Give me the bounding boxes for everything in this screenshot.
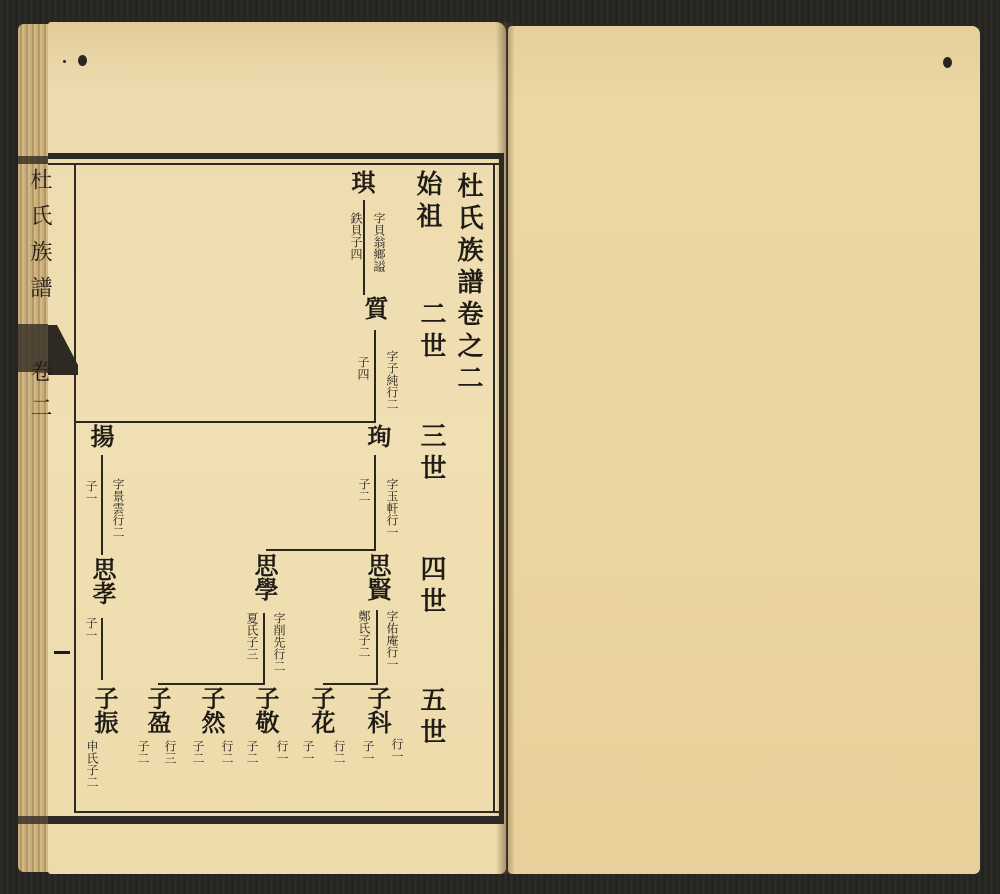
lineage-line	[101, 618, 103, 680]
generation-label: 三世	[418, 422, 444, 486]
edge-volume: 卷二	[24, 360, 55, 432]
lineage-line	[266, 549, 376, 551]
person-note: 字景雲行二	[112, 478, 124, 538]
person-note: 行三	[164, 740, 176, 764]
person-note: 子一	[85, 617, 97, 641]
lineage-line	[263, 613, 265, 685]
frame-border	[493, 165, 495, 813]
lineage-line	[374, 330, 376, 423]
frame-border	[48, 163, 500, 165]
generation-label: 五世	[418, 686, 444, 750]
binding-hole	[943, 57, 952, 68]
person-note: 子一	[85, 480, 97, 504]
person-note: 申氏子二	[86, 740, 98, 788]
person-name: 質	[362, 296, 386, 320]
generation-label: 二世	[418, 300, 444, 364]
frame-border	[499, 159, 504, 821]
person-name: 思學	[252, 553, 276, 601]
right-page-blank	[508, 26, 980, 874]
lineage-line	[374, 455, 376, 550]
person-name: 子敬	[253, 686, 277, 734]
person-name: 子盈	[145, 686, 169, 734]
lineage-line	[376, 610, 378, 685]
person-name: 思孝	[90, 557, 114, 605]
person-note: 行一	[276, 740, 288, 764]
person-note: 字玉軒行一	[386, 478, 398, 538]
lineage-line	[101, 455, 103, 555]
lineage-line	[363, 200, 365, 295]
person-note: 鄭氏子二	[358, 610, 370, 658]
generation-label: 四世	[418, 555, 444, 619]
person-note: 字佑庵行一	[386, 610, 398, 670]
frame-border	[48, 816, 504, 824]
lineage-line	[323, 683, 378, 685]
person-note: 子二	[137, 740, 149, 764]
person-note: 字貝翁鄉謚	[373, 212, 385, 272]
person-note: 字削先行二	[273, 612, 285, 672]
person-note: 子一	[362, 740, 374, 764]
person-name: 思賢	[365, 553, 389, 601]
person-note: 字子純行二	[386, 350, 398, 410]
person-name: 子然	[199, 686, 223, 734]
person-note: 行二	[333, 740, 345, 764]
binding-hole	[78, 55, 87, 66]
binding-hole	[63, 60, 66, 63]
person-name: 珣	[365, 424, 389, 448]
person-note: 子一	[302, 740, 314, 764]
person-name: 子花	[309, 686, 333, 734]
book-title: 杜氏族譜卷之二	[455, 172, 481, 396]
person-name: 子振	[92, 686, 116, 734]
person-name: 揚	[88, 424, 112, 448]
person-name: 琪	[349, 170, 373, 194]
person-name: 子科	[365, 686, 389, 734]
person-note: 鉄貝子四	[350, 212, 362, 260]
person-note: 子四	[357, 356, 369, 380]
lineage-line	[76, 421, 376, 423]
person-note: 行一	[391, 738, 403, 762]
frame-border	[75, 811, 503, 813]
person-note: 行二	[221, 740, 233, 764]
frame-border	[74, 165, 76, 813]
edge-title: 杜氏族譜	[24, 168, 55, 312]
person-note: 子二	[358, 478, 370, 502]
frame-border	[48, 153, 504, 159]
generation-label: 始祖	[414, 170, 440, 234]
person-note: 夏氏子三	[246, 612, 258, 660]
person-note: 子二	[246, 740, 258, 764]
page-number-mark	[54, 651, 70, 654]
person-note: 子二	[192, 740, 204, 764]
lineage-line	[158, 683, 265, 685]
